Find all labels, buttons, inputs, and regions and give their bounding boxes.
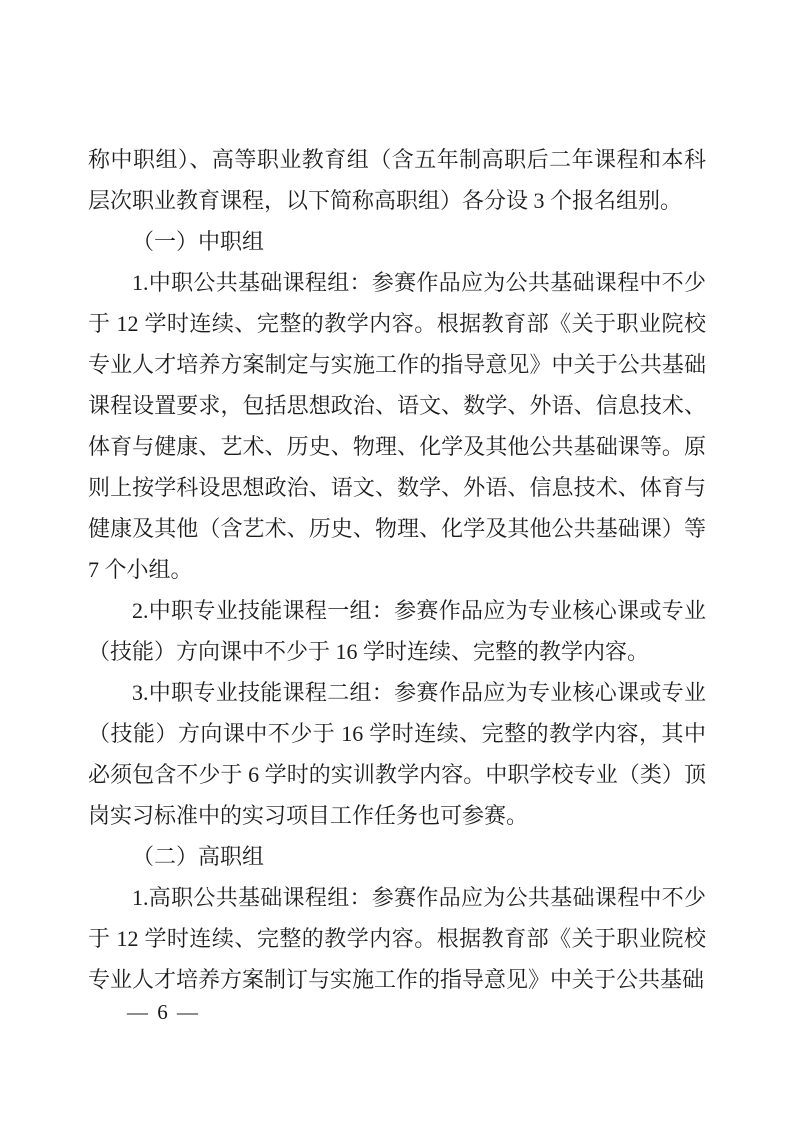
page-number: — 6 — [127, 998, 198, 1026]
paragraph: 2.中职专业技能课程一组：参赛作品应为专业核心课或专业（技能）方向课中不少于 1… [88, 590, 706, 672]
paragraph: 3.中职专业技能课程二组：参赛作品应为专业核心课或专业（技能）方向课中不少于 1… [88, 672, 706, 836]
paragraph: 称中职组）、高等职业教育组（含五年制高职后二年课程和本科层次职业教育课程，以下简… [88, 139, 706, 221]
document-page: 称中职组）、高等职业教育组（含五年制高职后二年课程和本科层次职业教育课程，以下简… [0, 0, 793, 1122]
paragraph: 1.中职公共基础课程组：参赛作品应为公共基础课程中不少于 12 学时连续、完整的… [88, 262, 706, 590]
section-heading: （二）高职组 [88, 836, 706, 877]
section-heading: （一）中职组 [88, 221, 706, 262]
paragraph: 1.高职公共基础课程组：参赛作品应为公共基础课程中不少于 12 学时连续、完整的… [88, 877, 706, 1000]
document-body: 称中职组）、高等职业教育组（含五年制高职后二年课程和本科层次职业教育课程，以下简… [88, 139, 706, 1000]
